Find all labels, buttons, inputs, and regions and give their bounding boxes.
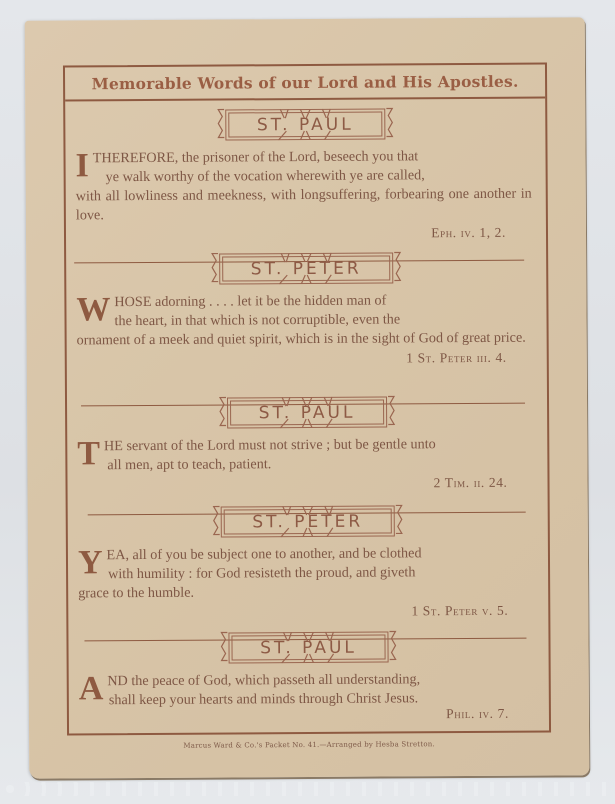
drop-cap: I xyxy=(75,151,88,181)
verse-line-2: all men, apt to teach, patient. xyxy=(77,454,533,476)
title-box: Memorable Words of our Lord and His Apos… xyxy=(65,65,545,102)
banner-wrap: ST. PAUL xyxy=(67,387,547,438)
banner-notch-right-icon xyxy=(387,106,395,138)
banner-wrap: ST. PETER xyxy=(68,496,548,547)
scripture-reference: 1 St. Peter v. 5. xyxy=(68,603,508,622)
scripture-reference: Eph. iv. 1, 2. xyxy=(66,225,506,244)
drop-cap: A xyxy=(79,674,104,704)
verse-line-2: ye walk worthy of the vocation wherewith… xyxy=(76,166,532,188)
scripture-reference: 1 St. Peter iii. 4. xyxy=(67,350,507,369)
leaf-ornament-icon xyxy=(262,396,352,407)
banner-wrap: ST. PETER xyxy=(66,243,546,294)
banner-notch-left-icon xyxy=(216,107,224,139)
verse-line-2: with humility : for God resisteth the pr… xyxy=(78,563,534,585)
scanner-texture xyxy=(0,782,615,796)
leaf-ornament-icon xyxy=(262,417,352,428)
scripture-card: Memorable Words of our Lord and His Apos… xyxy=(25,17,590,778)
leaf-ornament-icon xyxy=(264,652,354,663)
section-st-paul-2: ST. PAUL T HE servant of the Lord must n… xyxy=(67,387,548,494)
verse-text: Y EA, all of you be subject one to anoth… xyxy=(78,544,534,604)
card-frame: Memorable Words of our Lord and His Apos… xyxy=(63,63,551,736)
drop-cap: Y xyxy=(78,548,103,578)
verse-line-1: EA, all of you be subject one to another… xyxy=(106,545,421,563)
verse-text: A ND the peace of God, which passeth all… xyxy=(79,670,535,711)
leaf-ornament-icon xyxy=(261,252,351,263)
section-st-peter-2: ST. PETER Y EA, all of you be subject on… xyxy=(68,496,549,622)
leaf-ornament-icon xyxy=(263,505,353,516)
leaf-ornament-icon xyxy=(263,526,353,537)
drop-cap: W xyxy=(76,295,110,325)
verse-line-1: HE servant of the Lord must not strive ;… xyxy=(104,436,436,454)
name-banner: ST. PETER xyxy=(220,505,395,537)
banner-notch-left-icon xyxy=(218,395,226,427)
name-banner: ST. PAUL xyxy=(228,631,389,663)
name-banner: ST. PETER xyxy=(219,252,394,284)
leaf-ornament-icon xyxy=(260,129,350,140)
name-banner: ST. PAUL xyxy=(227,396,388,428)
banner-notch-right-icon xyxy=(388,394,396,426)
scripture-reference: 2 Tim. ii. 24. xyxy=(67,475,507,494)
verse-text: I THEREFORE, the prisoner of the Lord, b… xyxy=(75,147,531,226)
verse-line-1: THEREFORE, the prisoner of the Lord, bes… xyxy=(93,148,419,166)
verse-rest: ornament of a meek and quiet spirit, whi… xyxy=(77,330,526,349)
banner-wrap: ST. PAUL xyxy=(65,99,545,150)
banner-notch-right-icon xyxy=(395,250,403,282)
publisher-footer: Marcus Ward & Co.'s Packet No. 41.—Arran… xyxy=(29,739,589,750)
banner-notch-left-icon xyxy=(219,630,227,662)
verse-line-1: HOSE adorning . . . . let it be the hidd… xyxy=(114,293,386,311)
verse-rest: grace to the humble. xyxy=(78,585,194,602)
banner-wrap: ST. PAUL xyxy=(68,622,548,673)
name-banner: ST. PAUL xyxy=(225,108,386,140)
banner-notch-left-icon xyxy=(211,504,219,536)
verse-text: T HE servant of the Lord must not strive… xyxy=(77,435,533,476)
banner-notch-left-icon xyxy=(210,251,218,283)
drop-cap: T xyxy=(77,439,100,469)
section-st-paul-3: ST. PAUL A ND the peace of God, which pa… xyxy=(68,622,549,725)
leaf-ornament-icon xyxy=(263,631,353,642)
section-st-paul-1: ST. PAUL I THEREFORE, the prisoner of th… xyxy=(65,99,546,244)
banner-notch-right-icon xyxy=(396,503,404,535)
banner-notch-right-icon xyxy=(390,629,398,661)
verse-rest: with all lowliness and meekness, with lo… xyxy=(76,186,532,224)
card-title: Memorable Words of our Lord and His Apos… xyxy=(92,71,519,93)
section-st-peter-1: ST. PETER W HOSE adorning . . . . let it… xyxy=(66,243,547,369)
verse-line-2: shall keep your hearts and minds through… xyxy=(79,689,535,711)
verse-text: W HOSE adorning . . . . let it be the hi… xyxy=(76,291,532,351)
verse-line-1: ND the peace of God, which passeth all u… xyxy=(107,671,420,689)
leaf-ornament-icon xyxy=(260,108,350,119)
leaf-ornament-icon xyxy=(261,273,351,284)
verse-line-2: the heart, in that which is not corrupti… xyxy=(76,310,532,332)
